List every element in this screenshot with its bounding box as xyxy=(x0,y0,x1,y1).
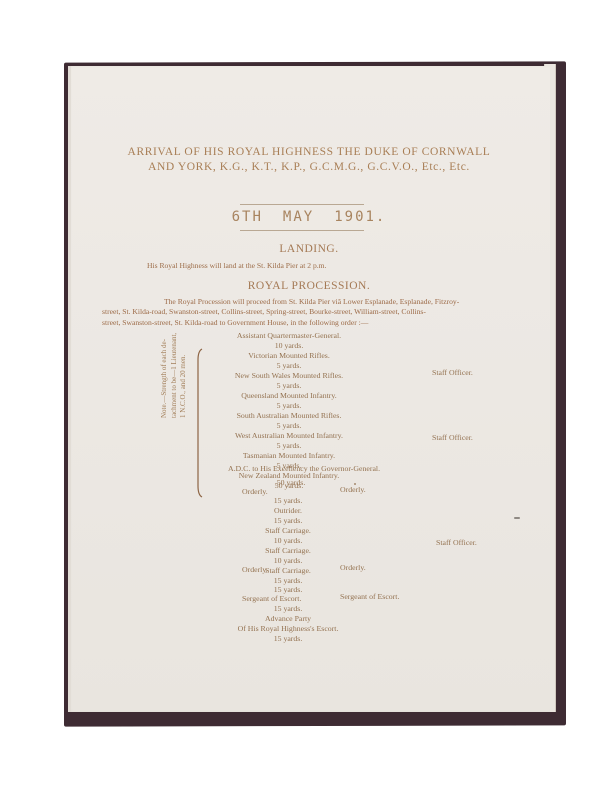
escort-spacing: 15 yards. xyxy=(26,604,550,614)
detachment-note: Note.—Strength of each de- tachment to b… xyxy=(160,294,189,418)
orderly-left: Orderly. xyxy=(242,565,268,574)
escort-spacing: 10 yards. xyxy=(26,556,550,566)
staff-officer-label: Staff Officer. xyxy=(432,433,473,442)
order-spacing: 5 yards. xyxy=(28,381,550,391)
escort-spacing: 15 yards. xyxy=(26,496,550,506)
order-spacing: 5 yards. xyxy=(28,401,550,411)
order-item: Queensland Mounted Infantry. xyxy=(28,391,550,401)
order-spacing: 5 yards. xyxy=(28,421,550,431)
escort-item: Staff Carriage. xyxy=(26,546,550,556)
escort-spacing: 10 yards. xyxy=(26,536,550,546)
orderly-left: Orderly. xyxy=(242,487,268,496)
date-month: MAY xyxy=(283,209,314,225)
landing-heading: LANDING. xyxy=(68,243,550,255)
procession-heading: ROYAL PROCESSION. xyxy=(68,280,550,292)
landing-text: His Royal Highness will land at the St. … xyxy=(147,261,327,271)
order-spacing: 10 yards. xyxy=(28,341,550,351)
paragraph-line-1: The Royal Procession will proceed from S… xyxy=(146,297,524,307)
order-item: Tasmanian Mounted Infantry. xyxy=(28,451,550,461)
escort-item: Staff Carriage. xyxy=(26,526,550,536)
order-spacing: 5 yards. xyxy=(28,441,550,451)
escort-item: Of His Royal Highness's Escort. xyxy=(26,624,550,634)
escort-item: Advance Party xyxy=(26,614,550,624)
page-mark xyxy=(514,517,520,519)
adc-label: A.D.C. to His Excellency the Governor-Ge… xyxy=(68,464,550,473)
document-page: ARRIVAL OF HIS ROYAL HIGHNESS THE DUKE O… xyxy=(68,66,550,712)
order-item: Assistant Quartermaster-General. xyxy=(28,331,550,341)
title-line-2: AND YORK, K.G., K.T., K.P., G.C.M.G., G.… xyxy=(68,160,550,175)
escort-item: Staff Carriage. xyxy=(26,566,550,576)
sergeant-left: Sergeant of Escort. xyxy=(242,594,301,603)
escort-item: Outrider. xyxy=(26,506,550,516)
title-line-1: ARRIVAL OF HIS ROYAL HIGHNESS THE DUKE O… xyxy=(68,145,550,160)
date-year: 1901. xyxy=(334,209,386,225)
procession-paragraph: The Royal Procession will proceed from S… xyxy=(146,297,524,328)
escort-spacing: 50 yards. xyxy=(32,478,550,488)
sergeant-right: Sergeant of Escort. xyxy=(340,592,399,601)
order-item: Victorian Mounted Rifles. xyxy=(28,351,550,361)
order-item: South Australian Mounted Rifles. xyxy=(28,411,550,421)
orderly-right: Orderly. xyxy=(340,563,366,572)
staff-officer-label: Staff Officer. xyxy=(432,368,473,377)
date-day: 6TH xyxy=(232,209,263,225)
orderly-right: Orderly. xyxy=(340,485,366,494)
note-line-1: Note.—Strength of each de- xyxy=(160,294,170,418)
date-rule-top xyxy=(240,204,364,205)
brace-icon xyxy=(196,348,204,498)
escort-spacing: 15 yards. xyxy=(26,516,550,526)
date-line: 6THMAY1901. xyxy=(68,209,550,225)
note-line-3: 1 N.C.O., and 20 men. xyxy=(179,294,189,418)
date-rule-bottom xyxy=(240,230,364,231)
escort-spacing: 15 yards. xyxy=(26,634,550,644)
note-line-2: tachment to be—1 Lieutenant, xyxy=(170,294,180,418)
